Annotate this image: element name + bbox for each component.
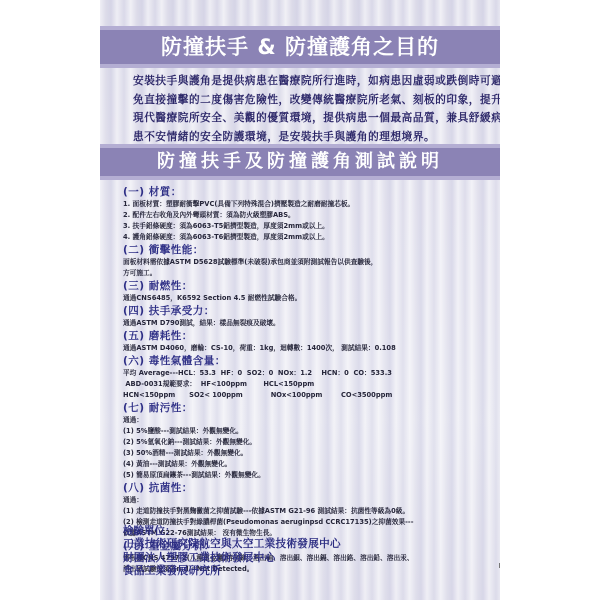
section-heading: (六) 毒性氣體含量： [123,355,493,368]
section-abrasion: (五) 磨耗性： 通過ASTM D4060，磨輪：CS-10，荷重：1kg，迴轉… [123,330,493,354]
purpose-paragraph: 安裝扶手與護角是提供病患在醫療院所行進時，如病患因虛弱或跌倒時可避 免直接撞擊的… [133,72,483,146]
section-material: (一) 材質： 1. 面板材質：塑膠耐衝擊PVC(具備下列特殊混合)擠壓製造之耐… [123,186,493,243]
section-line: 方可施工。 [123,268,493,279]
section-line: (1) 走道防撞扶手對黑麴黴菌之抑菌試驗---依據ASTM G21-96 測試結… [123,506,493,517]
section-heading: (三) 耐燃性： [123,280,493,293]
section-heading: (五) 磨耗性： [123,330,493,343]
section-line: 通過： [123,415,493,426]
section-line: 通過CNS6485，K6592 Section 4.5 耐燃性試驗合格。 [123,293,493,304]
section-line: (3) 50%酒精---測試結果：外觀無變化。 [123,448,493,459]
poster: 防撞扶手 & 防撞護角之目的 安裝扶手與護角是提供病患在醫療院所行進時，如病患因… [100,0,500,600]
section-line: 通過ASTM D790測試，結果：樣品無裂痕及破壞。 [123,318,493,329]
section-flame-resistance: (三) 耐燃性： 通過CNS6485，K6592 Section 4.5 耐燃性… [123,280,493,304]
section-stain-resistance: (七) 耐污性： 通過： (1) 5%鹽酸---測試結果：外觀無變化。 (2) … [123,402,493,481]
purpose-title: 防撞扶手 & 防撞護角之目的 [161,35,439,59]
section-line: 4. 護角鋁條硬度：須為6063-T6鋁擠型製造，厚度須2mm或以上。 [123,232,493,243]
labs-title: 檢驗單位： [123,524,341,538]
section-line: (4) 黃油---測試結果：外觀無變化。 [123,459,493,470]
section-line: 2. 配件左右收角及內外彎頭材質：須為防火級塑膠ABS。 [123,210,493,221]
section-line: 1. 面板材質：塑膠耐衝擊PVC(具備下列特殊混合)擠壓製造之耐磨耐撞芯板。 [123,199,493,210]
page-edge-mark [499,563,500,568]
section-heading: (二) 衝擊性能： [123,244,493,257]
test-title-banner: 防撞扶手及防撞護角測試說明 [100,144,500,180]
purpose-title-banner: 防撞扶手 & 防撞護角之目的 [100,26,500,68]
purpose-line: 免直接撞擊的二度傷害危險性，改變傳統醫療院所老氣、刻板的印象，提升 [133,91,483,110]
section-line: ABD-0031規範要求： HF<100ppm HCL<150ppm [123,379,493,390]
test-title: 防撞扶手及防撞護角測試說明 [157,151,443,172]
lab-organization: 財團法人塑膠工業技術發展中心 [123,552,341,566]
section-toxic-gas: (六) 毒性氣體含量： 平均 Average---HCL：53.3 HF：0 S… [123,355,493,401]
section-heading: (七) 耐污性： [123,402,493,415]
section-line: (1) 5%鹽酸---測試結果：外觀無變化。 [123,426,493,437]
lab-organization: 食品工業發展研究所 [123,565,341,579]
section-load-bearing: (四) 扶手承受力： 通過ASTM D790測試，結果：樣品無裂痕及破壞。 [123,305,493,329]
section-heading: (一) 材質： [123,186,493,199]
section-line: (5) 簡易原頂扁鑲茶---測試結果：外觀無變化。 [123,470,493,481]
section-line: (2) 5%氫氧化鈉---測試結果：外觀無變化。 [123,437,493,448]
section-line: 平均 Average---HCL：53.3 HF：0 SO2：0 NOx：1.2… [123,368,493,379]
purpose-line: 安裝扶手與護角是提供病患在醫療院所行進時，如病患因虛弱或跌倒時可避 [133,72,483,91]
section-line: 通過： [123,495,493,506]
section-heading: (八) 抗菌性： [123,482,493,495]
lab-organization: 工業技術研究院航空與太空工業技術發展中心 [123,538,341,552]
section-line: 通過ASTM D4060，磨輪：CS-10，荷重：1kg，迴轉數：1400次， … [123,343,493,354]
purpose-line: 現代醫療院所安全、美觀的優質環境，提供病患一個最高品質，兼具舒緩病 [133,109,483,128]
testing-labs: 檢驗單位： 工業技術研究院航空與太空工業技術發展中心 財團法人塑膠工業技術發展中… [123,524,341,579]
section-impact: (二) 衝擊性能： 面板材料需依據ASTM D5628試驗標準(未破裂)承包商並… [123,244,493,279]
section-line: HCN<150ppm SO2< 100ppm NOx<100ppm CO<350… [123,390,493,401]
section-line: 3. 扶手鋁條硬度：須為6063-T5鋁擠型製造，厚度須2mm或以上。 [123,221,493,232]
section-line: 面板材料需依據ASTM D5628試驗標準(未破裂)承包商並須附測試報告以供查驗… [123,257,493,268]
section-heading: (四) 扶手承受力： [123,305,493,318]
test-specifications: (一) 材質： 1. 面板材質：塑膠耐衝擊PVC(具備下列特殊混合)擠壓製造之耐… [123,185,493,575]
